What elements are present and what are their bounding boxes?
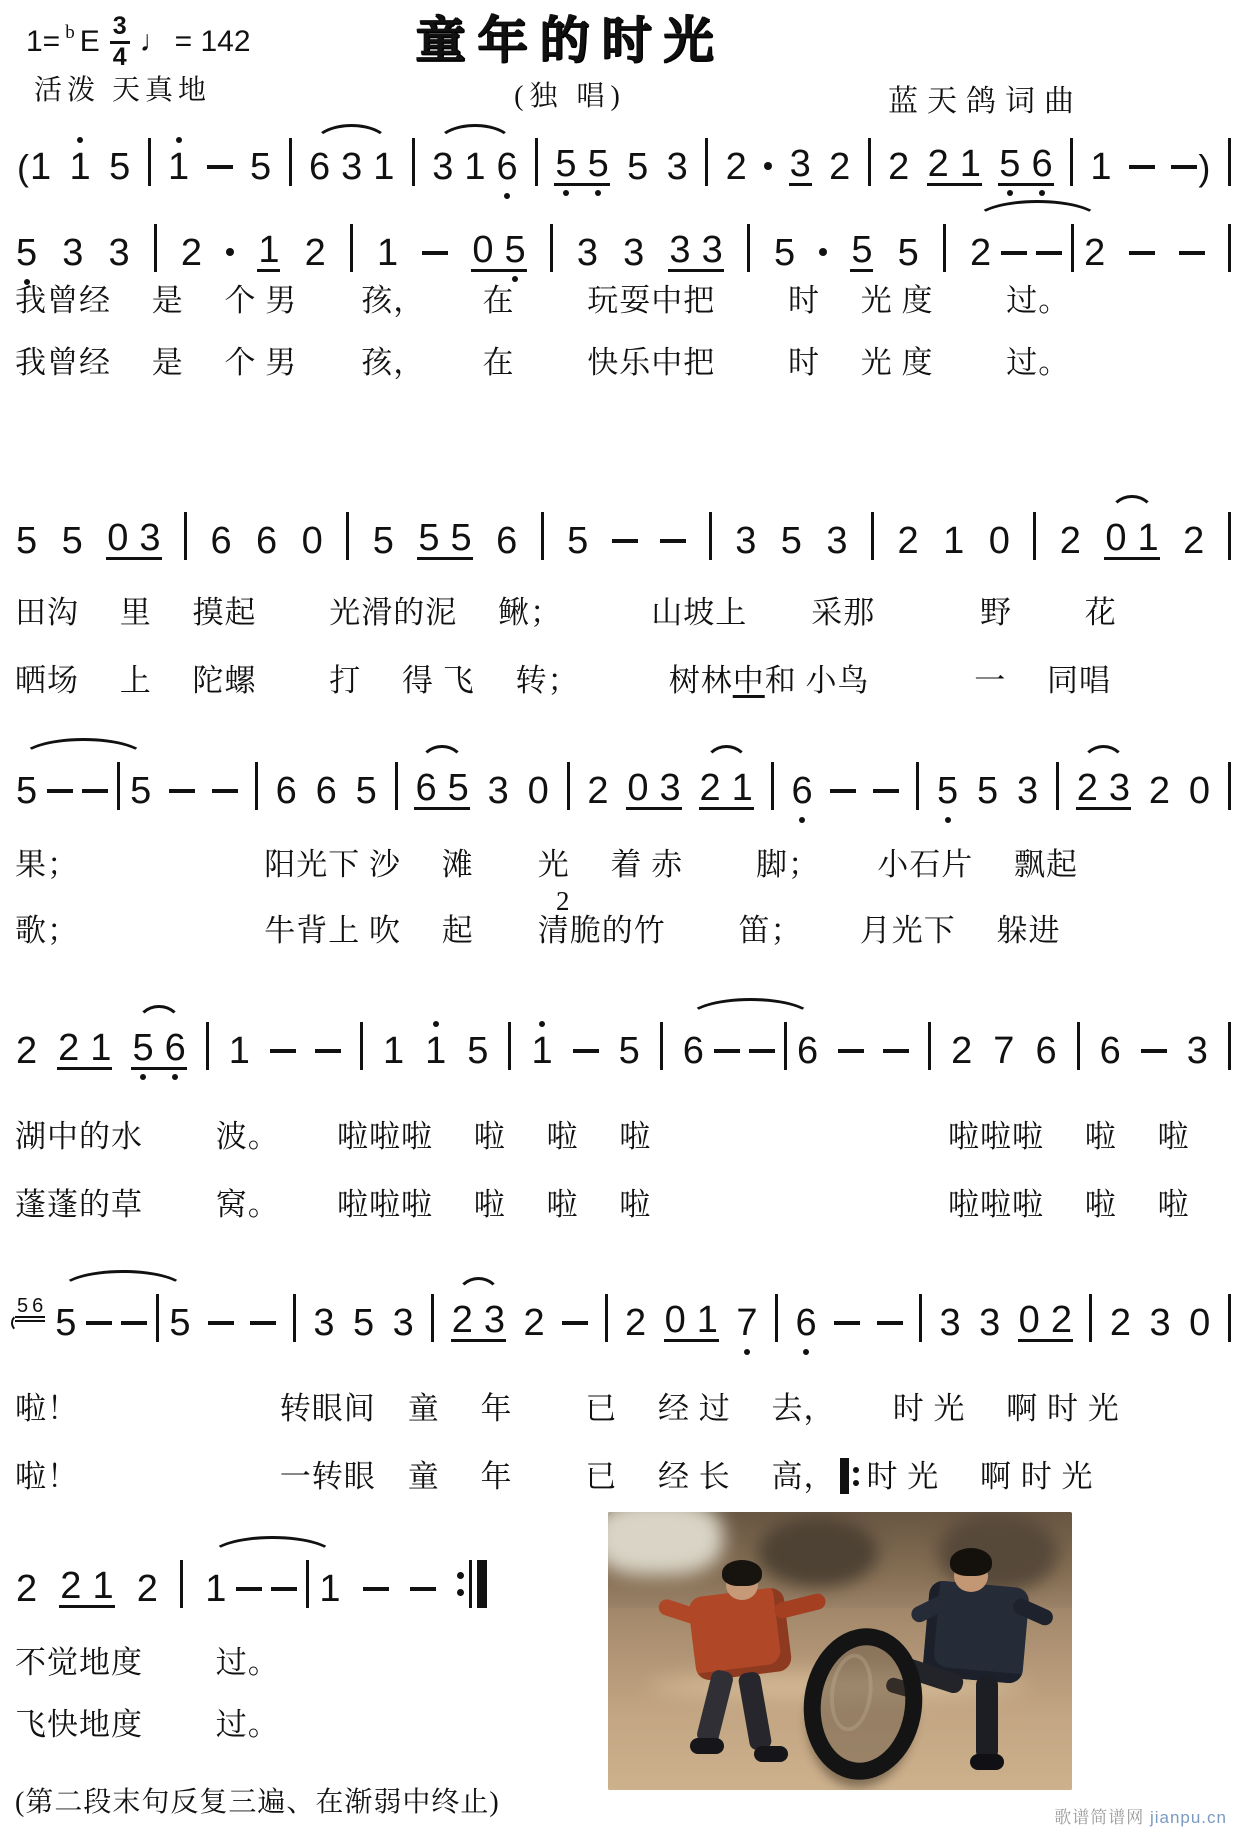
barline — [306, 1560, 309, 1608]
song-title: 童年的时光 — [0, 0, 1140, 72]
note: 6 — [31, 1296, 44, 1316]
beam-group: 03 — [626, 769, 681, 810]
note: 1 — [69, 148, 92, 186]
note: 0 — [301, 522, 324, 560]
slur-group: 316 — [431, 148, 518, 186]
dash — [838, 1049, 864, 1070]
note: 2 — [927, 145, 950, 183]
photo-children-playing — [608, 1512, 1072, 1790]
note: 5 — [566, 522, 589, 560]
note: 6 — [1099, 1032, 1122, 1070]
note: 5 — [897, 234, 920, 272]
beam-group: 33 — [668, 231, 723, 272]
note: 5 — [773, 234, 796, 272]
barline — [1071, 224, 1074, 272]
note: 3 — [1016, 772, 1039, 810]
augmentation-dot — [226, 248, 234, 256]
note: 5 — [618, 1032, 641, 1070]
dash — [873, 789, 899, 810]
octave-dot-below — [799, 817, 805, 823]
note: 2 — [828, 148, 851, 186]
octave-dot-below — [504, 193, 510, 199]
grace-notes: 56 — [15, 1296, 45, 1322]
note: 3 — [483, 1301, 506, 1339]
barline — [605, 1294, 608, 1342]
barline — [1228, 762, 1231, 810]
dash: ) — [1171, 150, 1211, 186]
lyric-line-4-pre: 晒场 上 陀螺 打 得 飞 转； 树林 — [15, 663, 733, 698]
note: 5 — [16, 1296, 29, 1316]
note: 5 — [355, 772, 378, 810]
lyric-line-7: 湖中的水 波。 啦啦啦 啦 啦 啦 啦啦啦 啦 啦 — [15, 1118, 1190, 1157]
note: 2 — [1076, 769, 1099, 807]
slur-group: 56 — [131, 1029, 186, 1070]
watermark-site-name: 歌谱简谱网 — [1054, 1808, 1144, 1827]
barline — [350, 224, 353, 272]
note: 5 — [15, 234, 38, 272]
octave-dot-above — [77, 137, 83, 143]
note: 2 — [59, 1567, 82, 1605]
note: 0 — [527, 772, 550, 810]
note: 1 — [696, 1301, 719, 1339]
note: 2 — [136, 1570, 159, 1608]
barline — [154, 224, 157, 272]
note: 3 — [576, 234, 599, 272]
note: 5 — [587, 145, 610, 183]
dash — [315, 1049, 341, 1070]
note: 5 — [976, 772, 999, 810]
note: 2 — [1059, 522, 1082, 560]
dash — [236, 1587, 262, 1608]
beam-group: 21 — [57, 1029, 112, 1070]
note: 1 — [959, 145, 982, 183]
note: 6 — [796, 1032, 819, 1070]
note: 2 — [1050, 1301, 1073, 1339]
sheet-music-page: 1=bE 3 4 ♩ = 142 活泼 天真地 童年的时光 (独 唱) 蓝天鸽词… — [0, 0, 1241, 1838]
note-group: 5655 — [15, 1294, 192, 1342]
note: 6 — [1034, 1032, 1057, 1070]
barline — [180, 1560, 183, 1608]
barline — [1228, 1294, 1231, 1342]
octave-dot-above — [433, 1021, 439, 1027]
note: 2 — [624, 1304, 647, 1342]
lyric-line-10: 啦！ 一转眼 童 年 已 经 长 高，时 光 啊 时 光 — [15, 1458, 1094, 1497]
barline — [868, 138, 871, 186]
note: 6 — [308, 148, 331, 186]
octave-dot-above — [539, 1021, 545, 1027]
note: 3 — [1186, 1032, 1209, 1070]
beam-group: 56 — [998, 145, 1053, 186]
beam-group: 02 — [1018, 1301, 1073, 1342]
note: 2 — [887, 148, 910, 186]
barline — [871, 512, 874, 560]
note: 5 — [936, 772, 959, 810]
note: 3 — [1108, 769, 1131, 807]
note: 6 — [164, 1029, 187, 1067]
note: 0 — [1188, 1304, 1211, 1342]
note: 1 — [372, 148, 395, 186]
dash — [250, 1321, 276, 1342]
barline — [412, 138, 415, 186]
dash — [1036, 251, 1062, 272]
barline — [1228, 1022, 1231, 1070]
note: 5 — [131, 1029, 154, 1067]
dash — [121, 1321, 147, 1342]
note: 2 — [15, 1570, 38, 1608]
beam-group: 55 — [554, 145, 609, 186]
note: 1 — [91, 1567, 114, 1605]
note: 0 — [106, 519, 129, 557]
note: 3 — [392, 1304, 415, 1342]
slur-group: 23 — [451, 1301, 506, 1342]
note: 1 — [228, 1032, 251, 1070]
lyric-line-5: 果； 阳光下 沙 滩 光 着 赤 脚； 小石片 飘起 — [15, 846, 1078, 885]
barline — [775, 1294, 778, 1342]
note: 5 — [466, 1032, 489, 1070]
note: 3 — [668, 231, 691, 269]
beam-group: 21 — [927, 145, 982, 186]
slur-group: 23 — [1076, 769, 1131, 810]
note: 0 — [1104, 519, 1127, 557]
barline — [943, 224, 946, 272]
note: 6 — [315, 772, 338, 810]
barline — [255, 762, 258, 810]
note: 5 — [54, 1304, 77, 1342]
note: 5 — [447, 769, 470, 807]
note: 7 — [992, 1032, 1015, 1070]
slur-group: 55 — [54, 1294, 191, 1342]
note: 5 — [850, 231, 873, 272]
note: 1 — [89, 1029, 112, 1067]
note: 3 — [938, 1304, 961, 1342]
note: 6 — [209, 522, 232, 560]
note: 6 — [790, 772, 813, 810]
octave-dot-below — [1039, 190, 1045, 196]
barline — [293, 1294, 296, 1342]
note: 5 — [998, 145, 1021, 183]
note: 5 — [626, 148, 649, 186]
barline — [431, 1294, 434, 1342]
note: 3 — [61, 234, 84, 272]
barline — [156, 1294, 159, 1342]
note: 5 — [168, 1304, 191, 1342]
note: 6 — [1030, 145, 1053, 183]
barline — [1228, 224, 1231, 272]
barline — [1228, 512, 1231, 560]
note: 6 — [275, 772, 298, 810]
note: 0 — [664, 1301, 687, 1339]
note: 6 — [495, 522, 518, 560]
composer-credit: 蓝天鸽词曲 — [888, 76, 1083, 120]
note: 5 — [129, 772, 152, 810]
note: 1 — [318, 1570, 341, 1608]
photo-child-right — [892, 1548, 1052, 1778]
note: 0 — [626, 769, 649, 807]
note: 3 — [431, 148, 454, 186]
note: 1 — [1089, 148, 1112, 186]
dash — [212, 789, 238, 810]
lyric-line-4: 晒场 上 陀螺 打 得 飞 转； 树林中和 小鸟 一 同唱 — [15, 662, 1111, 701]
barline — [206, 1022, 209, 1070]
dash — [207, 165, 233, 186]
dash — [363, 1587, 389, 1608]
barline — [1228, 138, 1231, 186]
barline — [184, 512, 187, 560]
augmentation-dot — [819, 248, 827, 256]
note: 5 — [249, 148, 272, 186]
dash — [877, 1321, 903, 1342]
barline — [541, 512, 544, 560]
slur-group: 631 — [308, 148, 395, 186]
dash — [270, 1049, 296, 1070]
barline — [148, 138, 151, 186]
note: 5 — [61, 522, 84, 560]
note: 2 — [1182, 522, 1205, 560]
note: 7 — [735, 1304, 758, 1342]
barline — [550, 224, 553, 272]
dash — [714, 1049, 740, 1070]
dash — [47, 789, 73, 810]
note: 2 — [522, 1304, 545, 1342]
note: 3 — [659, 769, 682, 807]
barline — [771, 762, 774, 810]
barline — [916, 762, 919, 810]
dash — [208, 1321, 234, 1342]
note: 5 — [554, 145, 577, 183]
note: 5 — [15, 522, 38, 560]
lyric-line-1: 我曾经 是 个 男 孩， 在 玩耍中把 时 光 度 过。 — [15, 282, 1070, 321]
note: 3 — [487, 772, 510, 810]
music-line-1: (115156313165553232221561) — [15, 126, 1231, 186]
note: 0 — [988, 522, 1011, 560]
dash — [749, 1049, 775, 1070]
dash — [410, 1587, 436, 1608]
note: 2 — [1109, 1304, 1132, 1342]
ending-instruction: (第二段末句反复三遍、在渐弱中终止) — [15, 1780, 500, 1820]
photo-child-left — [670, 1560, 820, 1770]
note: 0 — [1018, 1301, 1041, 1339]
octave-dot-below — [744, 1349, 750, 1355]
note: 2 — [1148, 772, 1171, 810]
augmentation-dot — [764, 162, 772, 170]
watermark: 歌谱简谱网 jianpu.cn — [1054, 1803, 1227, 1828]
music-line-4: 5566565302032165532320 — [15, 750, 1231, 810]
barline — [1070, 138, 1073, 186]
lyric-line-6: 歌； 牛背上 吹 起 清脆的竹 笛； 月光下 躲进 — [15, 912, 1061, 951]
barline — [660, 1022, 663, 1070]
lyric-line-3: 田沟 里 摸起 光滑的泥 鳅； 山坡上 采那 野 花 — [15, 594, 1117, 633]
note: 1 — [942, 522, 965, 560]
note: 0 — [471, 231, 494, 269]
octave-dot-below — [172, 1074, 178, 1080]
note: 3 — [340, 148, 363, 186]
dash — [883, 1049, 909, 1070]
note: 1 — [731, 769, 754, 807]
beam-group: 03 — [106, 519, 161, 560]
dash — [1179, 251, 1205, 272]
octave-dot-below — [140, 1074, 146, 1080]
slur-group: 11 — [204, 1560, 341, 1608]
note: 3 — [825, 522, 848, 560]
note: 1 — [1137, 519, 1160, 557]
octave-dot-below — [945, 817, 951, 823]
repeat-start-sign — [840, 1459, 859, 1493]
dash — [1129, 165, 1155, 186]
barline — [1089, 1294, 1092, 1342]
lyric-line-10-post: 时 光 啊 时 光 — [867, 1459, 1094, 1494]
dash — [271, 1587, 297, 1608]
music-line-2: 533212105333355522 — [15, 212, 1231, 272]
note: 1 — [376, 234, 399, 272]
barline — [346, 512, 349, 560]
note: 1 — [424, 1032, 447, 1070]
dash — [573, 1049, 599, 1070]
note: 5 — [417, 519, 440, 557]
note: 2 — [725, 148, 748, 186]
note: 3 — [734, 522, 757, 560]
dash — [86, 1321, 112, 1342]
note: 3 — [1149, 1304, 1172, 1342]
note: 2 — [1083, 234, 1106, 272]
note: 5 — [449, 519, 472, 557]
dash — [612, 539, 638, 560]
lyric-line-4-post: 和 小鸟 一 同唱 — [765, 663, 1111, 698]
note: 3 — [666, 148, 689, 186]
lyric-line-11: 不觉地度 过。 — [15, 1644, 280, 1683]
dash — [1001, 251, 1027, 272]
lyric-line-12: 飞快地度 过。 — [15, 1706, 280, 1745]
note: 3 — [622, 234, 645, 272]
note: 6 — [794, 1304, 817, 1342]
octave-dot-below — [1007, 190, 1013, 196]
note: 2 — [304, 234, 327, 272]
barline — [1033, 512, 1036, 560]
slur-group: 65 — [414, 769, 469, 810]
beam-group: 21 — [59, 1567, 114, 1608]
note: 2 — [57, 1029, 80, 1067]
note: 5 — [780, 522, 803, 560]
barline — [1077, 1022, 1080, 1070]
note: 1 — [167, 148, 190, 186]
slur-group: 66 — [682, 1022, 819, 1070]
music-line-6: 5655353232201763302230 — [15, 1282, 1231, 1342]
beam-group: 01 — [664, 1301, 719, 1342]
note: 2 — [896, 522, 919, 560]
dash — [82, 789, 108, 810]
dash — [1141, 1049, 1167, 1070]
music-line-3: 5503660555653532102012 — [15, 500, 1231, 560]
barline — [919, 1294, 922, 1342]
note: 5 — [15, 772, 38, 810]
music-line-7: 221211 — [15, 1548, 487, 1608]
note: 5 — [108, 148, 131, 186]
music-line-5: 221561115156627663 — [15, 1010, 1231, 1070]
note: 2 — [15, 1032, 38, 1070]
lyric-line-8: 蓬蓬的草 窝。 啦啦啦 啦 啦 啦 啦啦啦 啦 啦 — [15, 1186, 1190, 1225]
dash — [660, 539, 686, 560]
octave-dot-below — [563, 190, 569, 196]
note: 2 — [586, 772, 609, 810]
note: 2 — [950, 1032, 973, 1070]
note: 2 — [699, 769, 722, 807]
barline — [747, 224, 750, 272]
barline — [1056, 762, 1059, 810]
barline — [705, 138, 708, 186]
slur-group: 01 — [1104, 519, 1159, 560]
octave-dot-above — [176, 137, 182, 143]
barline — [117, 762, 120, 810]
end-repeat-sign — [457, 1560, 487, 1608]
note: (1 — [15, 148, 52, 186]
note: 1 — [530, 1032, 553, 1070]
note: 6 — [255, 522, 278, 560]
note: 5 — [504, 231, 527, 269]
note: 1 — [463, 148, 486, 186]
barline — [360, 1022, 363, 1070]
dash — [834, 1321, 860, 1342]
octave-dot-below — [803, 1349, 809, 1355]
slur-group: 55 — [15, 762, 152, 810]
barline — [395, 762, 398, 810]
beam-group: 55 — [417, 519, 472, 560]
note: 3 — [138, 519, 161, 557]
barline — [535, 138, 538, 186]
note: 2 — [180, 234, 203, 272]
note: 1 — [257, 231, 280, 272]
slur-group: 22 — [969, 224, 1106, 272]
note: 5 — [372, 522, 395, 560]
lyric-line-2: 我曾经 是 个 男 孩， 在 快乐中把 时 光 度 过。 — [15, 344, 1070, 383]
barline — [784, 1022, 787, 1070]
note: 6 — [495, 148, 518, 186]
dash — [562, 1321, 588, 1342]
beam-group: 05 — [471, 231, 526, 272]
lyric-line-9: 啦！ 转眼间 童 年 已 经 过 去， 时 光 啊 时 光 — [15, 1390, 1120, 1429]
lyric-line-4-underlined: 中 — [733, 663, 765, 698]
dash — [1129, 251, 1155, 272]
note: 3 — [978, 1304, 1001, 1342]
note: 3 — [789, 145, 812, 186]
note: 1 — [204, 1570, 227, 1608]
note: 3 — [312, 1304, 335, 1342]
barline — [567, 762, 570, 810]
dash — [422, 251, 448, 272]
lyric-line-10-pre: 啦！ 一转眼 童 年 已 经 长 高， — [15, 1459, 836, 1494]
note: 1 — [382, 1032, 405, 1070]
barline — [709, 512, 712, 560]
note: 2 — [451, 1301, 474, 1339]
note: 5 — [352, 1304, 375, 1342]
barline — [289, 138, 292, 186]
note: 6 — [682, 1032, 705, 1070]
dash — [169, 789, 195, 810]
octave-dot-below — [595, 190, 601, 196]
note: 2 — [969, 234, 992, 272]
watermark-url: jianpu.cn — [1150, 1808, 1227, 1827]
note: 0 — [1188, 772, 1211, 810]
slur-group: 21 — [699, 769, 754, 810]
note: 6 — [414, 769, 437, 807]
barline — [508, 1022, 511, 1070]
note: 3 — [108, 234, 131, 272]
barline — [928, 1022, 931, 1070]
note: 3 — [701, 231, 724, 269]
dash — [830, 789, 856, 810]
